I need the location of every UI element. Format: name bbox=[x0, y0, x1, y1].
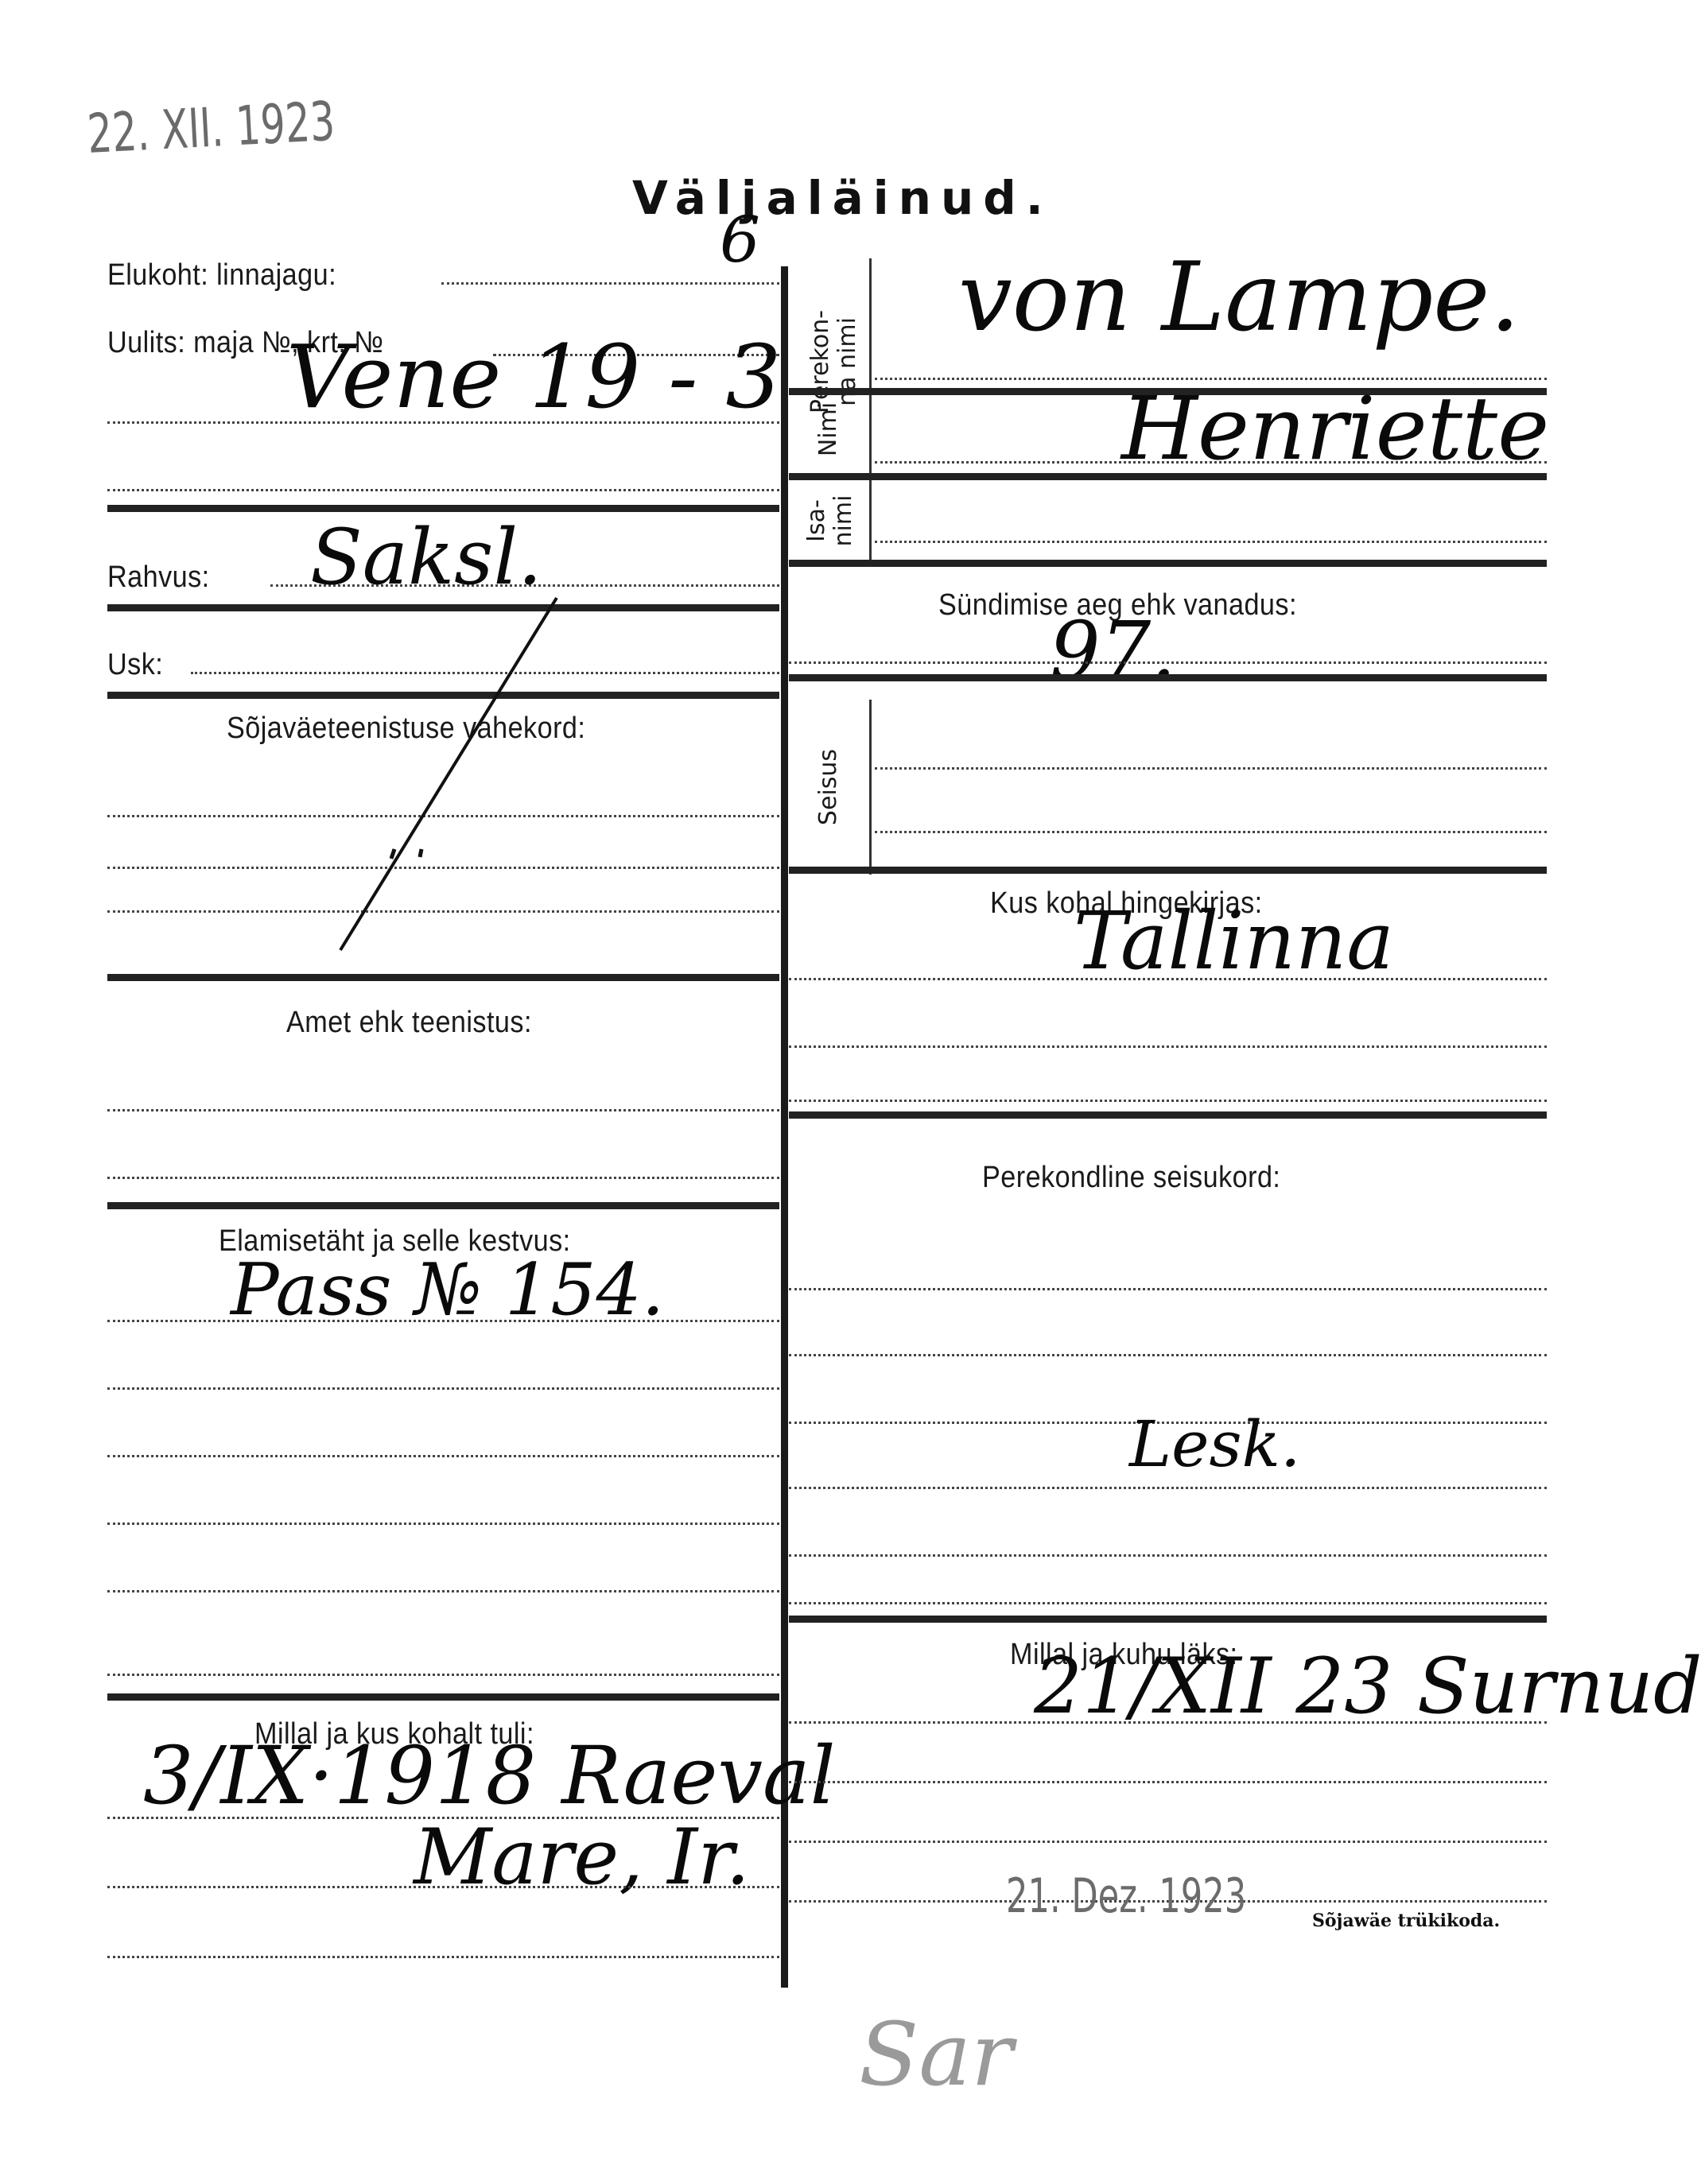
section-rule bbox=[789, 473, 1547, 480]
perekondline-line-1 bbox=[789, 1288, 1547, 1290]
hingekirjas-value[interactable]: Tallinna bbox=[1074, 894, 1394, 987]
hingekirjas-line-3 bbox=[789, 1100, 1547, 1102]
section-rule bbox=[789, 1616, 1547, 1623]
millal-laks-value[interactable]: 21/XII 23 Surnud. bbox=[1034, 1642, 1705, 1731]
section-rule bbox=[107, 505, 779, 512]
elamisetaht-line-6 bbox=[107, 1674, 779, 1676]
elamisetaht-line-5 bbox=[107, 1590, 779, 1592]
perekondline-value[interactable]: Lesk. bbox=[1129, 1407, 1300, 1481]
section-rule bbox=[789, 867, 1547, 874]
perekonnanimi-value[interactable]: von Lampe. bbox=[958, 242, 1520, 353]
sundimise-line bbox=[789, 661, 1547, 664]
perekondline-line-4 bbox=[789, 1487, 1547, 1489]
elamisetaht-line-4 bbox=[107, 1523, 779, 1525]
not-applicable-slash bbox=[223, 588, 573, 962]
printer-imprint: Sõjawäe trükikoda. bbox=[1312, 1911, 1500, 1931]
seisus-label-divider bbox=[869, 700, 872, 875]
elukoht-label: Elukoht: linnajagu: bbox=[107, 258, 336, 293]
name-label-divider bbox=[869, 258, 872, 561]
section-rule bbox=[789, 674, 1547, 681]
elamisetaht-line-2 bbox=[107, 1387, 779, 1390]
amet-label: Amet ehk teenistus: bbox=[286, 1006, 532, 1040]
isanimi-line bbox=[875, 541, 1547, 543]
section-rule bbox=[789, 1111, 1547, 1119]
millal-tuli-line-2 bbox=[107, 1886, 779, 1888]
nimi-value[interactable]: Henriette bbox=[1121, 378, 1549, 479]
millal-laks-line-1 bbox=[789, 1721, 1547, 1724]
departed-date-stamp: 21. Dez. 1923 bbox=[1006, 1868, 1246, 1924]
section-rule bbox=[107, 974, 779, 981]
perekondline-line-6 bbox=[789, 1602, 1547, 1604]
elamisetaht-line-1 bbox=[107, 1320, 779, 1322]
millal-tuli-value-1[interactable]: 3/IX·1918 Raeval bbox=[143, 1729, 836, 1822]
uulits-value[interactable]: Vene 19 - 3 bbox=[286, 326, 781, 428]
section-rule bbox=[107, 1202, 779, 1209]
elukoht-line bbox=[441, 282, 779, 285]
amet-line-2 bbox=[107, 1177, 779, 1179]
uulits-line-2 bbox=[107, 421, 779, 424]
seisus-line-1 bbox=[875, 767, 1547, 770]
usk-label: Usk: bbox=[107, 648, 163, 682]
isanimi-label-line1: Isa- bbox=[803, 477, 830, 564]
millal-tuli-line-3 bbox=[107, 1956, 779, 1958]
isanimi-label: Isa- nimi bbox=[803, 477, 859, 564]
isanimi-label-line2: nimi bbox=[830, 477, 857, 564]
hingekirjas-line-2 bbox=[789, 1045, 1547, 1048]
rahvus-label: Rahvus: bbox=[107, 561, 210, 595]
section-rule bbox=[789, 560, 1547, 567]
millal-tuli-value-2[interactable]: Mare, Ir. bbox=[414, 1813, 750, 1902]
sundimise-value[interactable]: 97. bbox=[1050, 604, 1176, 697]
nimi-label: Nimi bbox=[815, 386, 847, 473]
received-date-stamp: 22. XII. 1923 bbox=[86, 91, 336, 166]
seisus-line-2 bbox=[875, 831, 1547, 833]
millal-laks-line-3 bbox=[789, 1841, 1547, 1843]
section-rule bbox=[107, 1693, 779, 1701]
document-title: Väljaläinud. bbox=[632, 171, 1053, 225]
perekondline-line-5 bbox=[789, 1554, 1547, 1557]
amet-line-1 bbox=[107, 1109, 779, 1111]
pencil-initials: Sar bbox=[859, 2004, 1013, 2105]
nimi-line bbox=[875, 461, 1547, 464]
elamisetaht-line-3 bbox=[107, 1455, 779, 1457]
perekondline-line-2 bbox=[789, 1354, 1547, 1356]
millal-laks-line-2 bbox=[789, 1781, 1547, 1783]
hingekirjas-line-1 bbox=[789, 978, 1547, 980]
perekondline-label: Perekondline seisukord: bbox=[982, 1161, 1280, 1195]
title-correction-mark: 6 bbox=[720, 203, 760, 277]
uulits-line-3 bbox=[107, 489, 779, 491]
seisus-label: Seisus bbox=[815, 739, 847, 835]
